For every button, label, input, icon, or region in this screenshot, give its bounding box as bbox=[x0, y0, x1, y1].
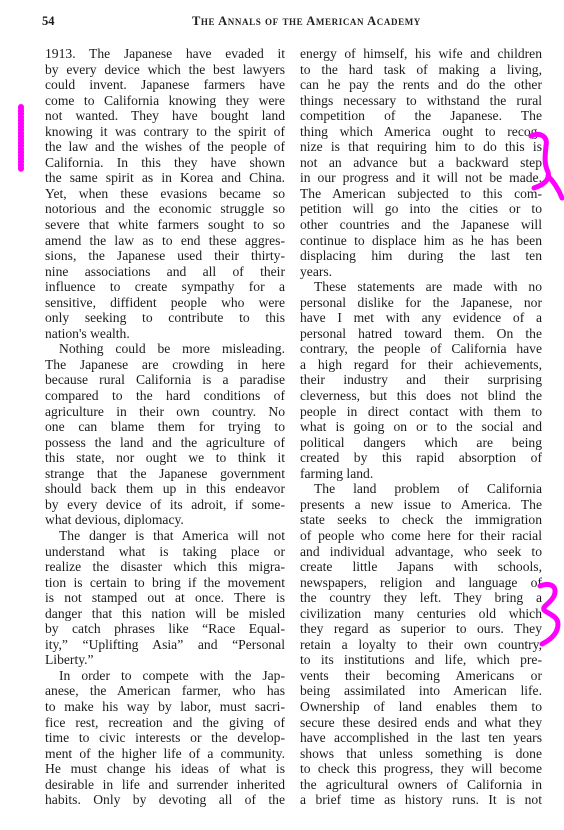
text-line: influence to create sympathy for a bbox=[45, 279, 285, 295]
text-line: retain a loyalty to their own country, bbox=[300, 637, 542, 653]
text-line: continue to displace him as he has been bbox=[300, 233, 542, 249]
text-line: the same spirit as in Korea and China. bbox=[45, 170, 285, 186]
page-number: 54 bbox=[42, 14, 55, 29]
text-line: possess the land and the agriculture of bbox=[45, 435, 285, 451]
text-line: Ownership of land enables them to bbox=[300, 699, 542, 715]
text-line: anese, the American farmer, who has bbox=[45, 683, 285, 699]
text-line: The danger is that America will not bbox=[45, 528, 285, 544]
text-line: come to California knowing they were bbox=[45, 93, 285, 109]
text-line: agriculture in their own country. No bbox=[45, 404, 285, 420]
text-line: In order to compete with the Jap- bbox=[45, 668, 285, 684]
text-line: to the hard task of making a living, bbox=[300, 62, 542, 78]
text-line: in our progress and it will not be made. bbox=[300, 170, 542, 186]
text-line: California. In this they have shown bbox=[45, 155, 285, 171]
text-line: knowing it was contrary to the spirit of bbox=[45, 124, 285, 140]
text-line: have accomplished in the last ten years bbox=[300, 730, 542, 746]
text-line: ity,” “Uplifting Asia” and “Personal bbox=[45, 637, 285, 653]
text-line: the agricultural owners of California in bbox=[300, 777, 542, 793]
text-line: by every device of its adroit, if some- bbox=[45, 497, 285, 513]
text-line: the country they left. They bring a bbox=[300, 590, 542, 606]
text-line: petition will go into the cities or to bbox=[300, 201, 542, 217]
text-line: nize is that requiring him to do this is bbox=[300, 139, 542, 155]
text-line: 1913. The Japanese have evaded it bbox=[45, 46, 285, 62]
text-line: should back them up in this endeavor bbox=[45, 481, 285, 497]
text-line: desirable in life and surrender inherite… bbox=[45, 777, 285, 793]
text-line: is not stamped out at once. There is bbox=[45, 590, 285, 606]
text-line: create little Japans with schools, bbox=[300, 559, 542, 575]
text-line: habits. Only by devoting all of the bbox=[45, 792, 285, 808]
text-line: Liberty.” bbox=[45, 652, 285, 668]
text-line: displacing him during the last ten bbox=[300, 248, 542, 264]
text-line: they regard as superior to ours. They bbox=[300, 621, 542, 637]
text-line: people in direct contact with them to bbox=[300, 404, 542, 420]
text-line: and individual advantage, who seek to bbox=[300, 544, 542, 560]
text-line: could invent. Japanese farmers have bbox=[45, 77, 285, 93]
text-line: shows that unless something is done bbox=[300, 746, 542, 762]
text-line: thing which America ought to recog- bbox=[300, 124, 542, 140]
text-line: state seeks to check the immigration bbox=[300, 512, 542, 528]
text-line: The land problem of California bbox=[300, 481, 542, 497]
text-line: personal hatred toward them. On the bbox=[300, 326, 542, 342]
text-line: what devious, diplomacy. bbox=[45, 512, 285, 528]
text-line: their industry and their surprising bbox=[300, 372, 542, 388]
text-line: Nothing could be more misleading. bbox=[45, 341, 285, 357]
page-header: 54 The Annals of the American Academy bbox=[42, 14, 522, 34]
running-title: The Annals of the American Academy bbox=[192, 14, 421, 29]
text-line: ment of the higher life of a community. bbox=[45, 746, 285, 762]
text-line: personal dislike for the Japanese, nor bbox=[300, 295, 542, 311]
text-line: realize the disaster which this migra- bbox=[45, 559, 285, 575]
text-line: political dangers which are being bbox=[300, 435, 542, 451]
text-line: cleverness, but this does not blind the bbox=[300, 388, 542, 404]
text-line: what is going on or to the social and bbox=[300, 419, 542, 435]
text-line: contrary, the people of California have bbox=[300, 341, 542, 357]
text-line: notorious and the economic struggle so bbox=[45, 201, 285, 217]
text-line: not an advance but a backward step bbox=[300, 155, 542, 171]
text-line: to check this progress, they will become bbox=[300, 761, 542, 777]
text-line: not wanted. They have bought land bbox=[45, 108, 285, 124]
text-line: the law and the wishes of the people of bbox=[45, 139, 285, 155]
text-line: civilization many centuries old which bbox=[300, 606, 542, 622]
text-line: being assimilated into American life. bbox=[300, 683, 542, 699]
text-line: sions, the Japanese used their thirty- bbox=[45, 248, 285, 264]
text-line: compared to the hard conditions of bbox=[45, 388, 285, 404]
text-line: can he pay the rents and do the other bbox=[300, 77, 542, 93]
right-text-column: energy of himself, his wife and children… bbox=[300, 46, 542, 808]
text-line: to its institutions and life, which pre- bbox=[300, 652, 542, 668]
text-line: Yet, when these evasions became so bbox=[45, 186, 285, 202]
text-line: strange that the Japanese government bbox=[45, 466, 285, 482]
text-line: only seeking to contribute to this bbox=[45, 310, 285, 326]
text-line: one can blame them for trying to bbox=[45, 419, 285, 435]
text-line: a brief time as history runs. It is not bbox=[300, 792, 542, 808]
text-line: presents a new issue to America. The bbox=[300, 497, 542, 513]
text-line: amend the law as to end these aggres- bbox=[45, 233, 285, 249]
text-line: nine associations and all of their bbox=[45, 264, 285, 280]
text-line: sensitive, diffident people who were bbox=[45, 295, 285, 311]
left-text-column: 1913. The Japanese have evaded itby ever… bbox=[45, 46, 285, 808]
text-line: years. bbox=[300, 264, 542, 280]
text-line: competition of the Japanese. The bbox=[300, 108, 542, 124]
annotation-vertical-bar-icon bbox=[14, 102, 28, 174]
text-line: understand what is taking place or bbox=[45, 544, 285, 560]
text-line: time to civic interests or the develop- bbox=[45, 730, 285, 746]
text-line: things necessary to withstand the rural bbox=[300, 93, 542, 109]
text-line: by catch phrases like “Race Equal- bbox=[45, 621, 285, 637]
text-line: danger that this nation will be misled bbox=[45, 606, 285, 622]
text-line: this state, nor ought we to think it bbox=[45, 450, 285, 466]
text-line: energy of himself, his wife and children bbox=[300, 46, 542, 62]
text-line: a high regard for their achievements, bbox=[300, 357, 542, 373]
text-line: farming land. bbox=[300, 466, 542, 482]
text-line: other countries and the Japanese will bbox=[300, 217, 542, 233]
text-line: tion is certain to bring if the movement bbox=[45, 575, 285, 591]
text-line: fice rest, recreation and the giving of bbox=[45, 715, 285, 731]
text-line: because rural California is a paradise bbox=[45, 372, 285, 388]
document-page: 54 The Annals of the American Academy 19… bbox=[0, 0, 564, 830]
text-line: secure these desired ends and what they bbox=[300, 715, 542, 731]
text-line: newspapers, religion and language of bbox=[300, 575, 542, 591]
text-line: of people who come here for their racial bbox=[300, 528, 542, 544]
text-line: He must change his ideas of what is bbox=[45, 761, 285, 777]
text-line: vents their becoming Americans or bbox=[300, 668, 542, 684]
text-line: by every device which the best lawyers bbox=[45, 62, 285, 78]
text-line: severe that white farmers sought to so bbox=[45, 217, 285, 233]
text-line: nation's wealth. bbox=[45, 326, 285, 342]
text-line: The American subjected to this com- bbox=[300, 186, 542, 202]
text-line: to make his way by labor, must sacri- bbox=[45, 699, 285, 715]
text-line: The Japanese are crowding in here bbox=[45, 357, 285, 373]
text-line: created by this rapid absorption of bbox=[300, 450, 542, 466]
text-line: have I met with any evidence of a bbox=[300, 310, 542, 326]
text-line: These statements are made with no bbox=[300, 279, 542, 295]
